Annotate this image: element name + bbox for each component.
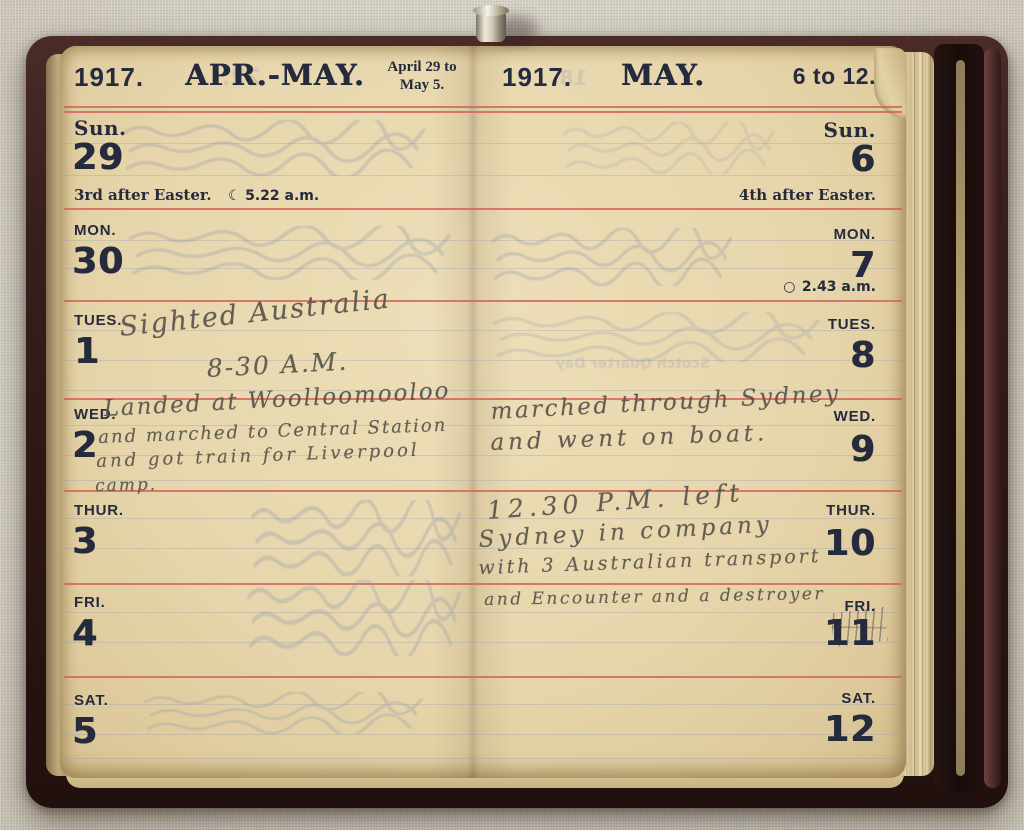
cover-inner-edge [956, 60, 965, 776]
right-page-year: 1917. [502, 62, 572, 93]
right-page-month: MAY. [608, 58, 718, 92]
handwriting-wed2-line4: camp. [95, 475, 157, 496]
day-number-12: 12 [600, 712, 876, 748]
full-moon-icon: ○ [783, 279, 795, 295]
day-number-29: 29 [72, 140, 124, 176]
feint-line [64, 758, 902, 759]
week-range-line1: April 29 to [372, 58, 472, 76]
ink-bleedthrough [248, 500, 466, 576]
day-number-4: 4 [72, 616, 98, 652]
ink-bleedthrough [124, 226, 459, 280]
easter-note-right: 4th after Easter. [600, 186, 876, 204]
moon-phase-annotation-right: ○ 2.43 a.m. [600, 278, 876, 296]
moon-phase-annotation: ☽ 5.22 a.m. [228, 188, 320, 204]
day-number-2: 2 [72, 428, 98, 464]
metal-stud-clasp [476, 9, 506, 42]
easter-note-left: 3rd after Easter.☽ 5.22 a.m. [74, 186, 319, 205]
week-range-line2: May 5. [372, 76, 472, 94]
ink-bleedthrough [140, 692, 430, 734]
right-page-week-range: 6 to 12. [780, 63, 876, 90]
left-page-week-range: April 29 to May 5. [372, 58, 472, 94]
day-name-sun-6: Sun. [600, 118, 876, 142]
cover-flap [984, 48, 1001, 788]
diary-photo: 22. 18. Scotch Quarter Day 1917. APR.-MA… [0, 0, 1024, 830]
day-name-mon-7: MON. [600, 226, 876, 243]
scribble-cross-out [830, 607, 888, 647]
day-name-sat-5: SAT. [74, 692, 109, 709]
feint-line [64, 480, 902, 481]
red-rule [64, 676, 902, 678]
easter-note-text: 3rd after Easter. [74, 186, 212, 204]
double-red-rule-1 [64, 106, 902, 108]
red-rule [64, 300, 902, 302]
day-name-fri-4: FRI. [74, 594, 106, 611]
double-red-rule-2 [64, 111, 902, 113]
day-name-mon-30: MON. [74, 222, 116, 239]
day-number-6: 6 [600, 142, 876, 178]
moon-time: 5.22 a.m. [245, 188, 319, 204]
day-name-tues-1: TUES. [74, 312, 122, 329]
red-rule [64, 208, 902, 210]
day-number-5: 5 [72, 714, 98, 750]
day-name-sat-12: SAT. [600, 690, 876, 707]
moon-time: 2.43 a.m. [802, 279, 876, 295]
day-name-thur-3: THUR. [74, 502, 124, 519]
day-number-1: 1 [74, 334, 100, 370]
day-number-8: 8 [600, 338, 876, 374]
left-page-year: 1917. [74, 62, 144, 93]
ink-bleedthrough [244, 580, 466, 656]
red-rule [64, 490, 902, 492]
day-number-30: 30 [72, 244, 124, 280]
day-name-tues-8: TUES. [600, 316, 876, 333]
moon-phase-icon: ☽ [228, 188, 241, 204]
left-page-month: APR.-MAY. [185, 58, 365, 92]
ink-bleedthrough [118, 120, 433, 176]
day-number-3: 3 [72, 524, 98, 560]
